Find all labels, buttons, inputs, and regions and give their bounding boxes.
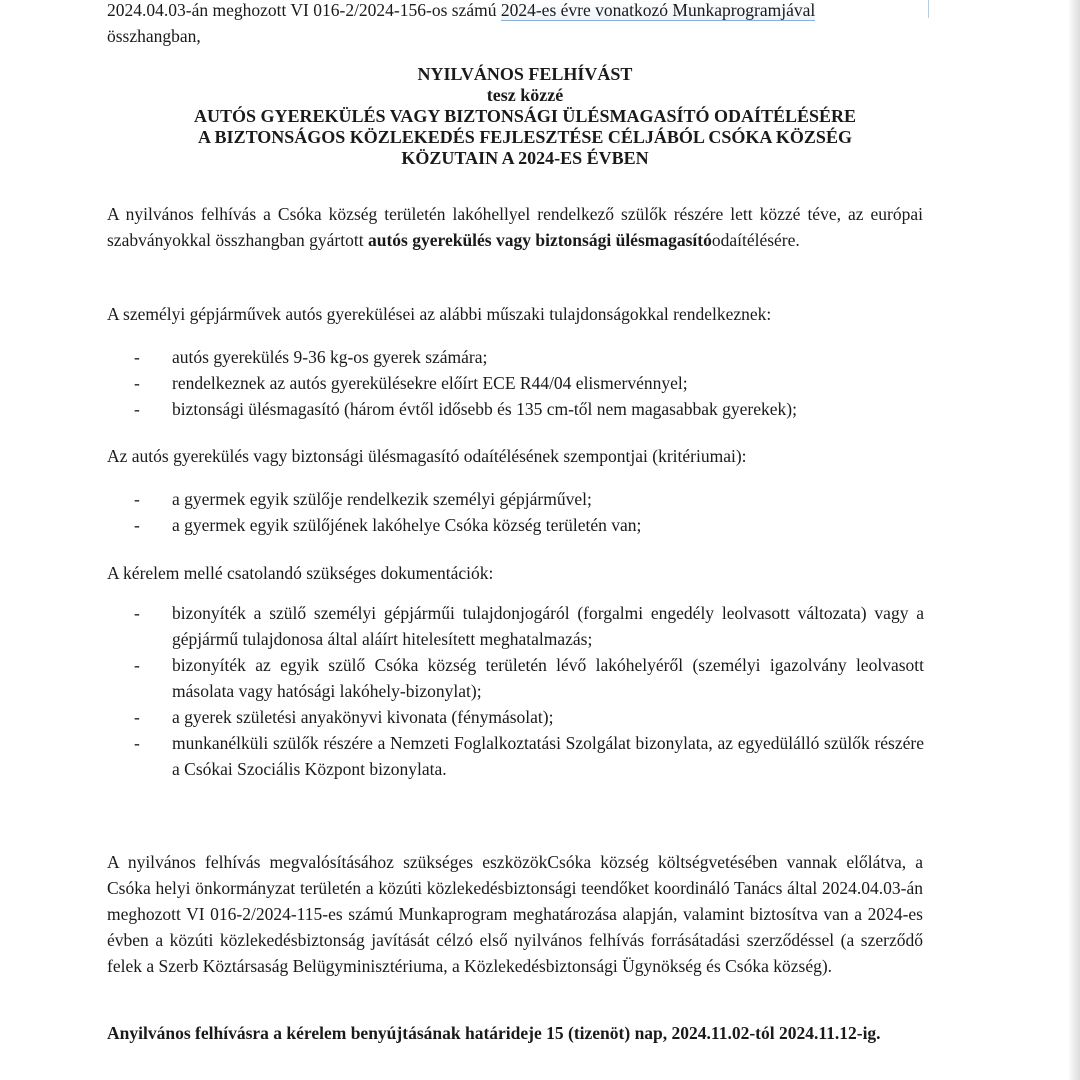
list-item-text: biztonsági ülésmagasító (három évtől idő… [172, 399, 797, 419]
list-item-text: autós gyerekülés 9-36 kg-os gyerek számá… [172, 347, 487, 367]
list-bullet: - [134, 512, 140, 538]
deadline-paragraph: Anyilvános felhívásra a kérelem benyújtá… [107, 1020, 923, 1046]
criteria-heading: Az autós gyerekülés vagy biztonsági ülés… [107, 443, 923, 469]
list-item-text: a gyermek egyik szülője rendelkezik szem… [172, 489, 592, 509]
documents-list: -bizonyíték a szülő személyi gépjárműi t… [134, 600, 924, 782]
technical-list: -autós gyerekülés 9-36 kg-os gyerek szám… [134, 344, 924, 422]
page-edge-shadow [1068, 0, 1080, 1080]
list-item: -autós gyerekülés 9-36 kg-os gyerek szám… [134, 344, 924, 370]
list-bullet: - [134, 370, 140, 396]
title-line-3: AUTÓS GYEREKÜLÉS VAGY BIZTONSÁGI ÜLÉSMAG… [107, 106, 943, 127]
documents-heading: A kérelem mellé csatolandó szükséges dok… [107, 560, 923, 586]
list-item: -bizonyíték a szülő személyi gépjárműi t… [134, 600, 924, 652]
list-bullet: - [134, 704, 140, 730]
title-line-4: A BIZTONSÁGOS KÖZLEKEDÉS FEJLESZTÉSE CÉL… [107, 127, 943, 148]
list-item: -a gyerek születési anyakönyvi kivonata … [134, 704, 924, 730]
selection-handle [928, 0, 932, 18]
list-item: -a gyermek egyik szülőjének lakóhelye Cs… [134, 512, 924, 538]
intro-paragraph: A nyilvános felhívás a Csóka község terü… [107, 201, 923, 253]
list-item: -munkanélküli szülők részére a Nemzeti F… [134, 730, 924, 782]
list-item: -biztonsági ülésmagasító (három évtől id… [134, 396, 924, 422]
intro-text: 2024.04.03-án meghozott VI 016-2/2024-15… [107, 0, 937, 49]
list-item-text: a gyerek születési anyakönyvi kivonata (… [172, 707, 553, 727]
criteria-list: -a gyermek egyik szülője rendelkezik sze… [134, 486, 924, 538]
list-bullet: - [134, 344, 140, 370]
technical-heading: A személyi gépjárművek autós gyerekülése… [107, 301, 923, 327]
list-item-text: bizonyíték a szülő személyi gépjárműi tu… [172, 603, 924, 649]
list-item-text: rendelkeznek az autós gyerekülésekre elő… [172, 373, 688, 393]
paragraph-bold-text: autós gyerekülés vagy biztonsági ülésmag… [368, 230, 712, 250]
list-item: -rendelkeznek az autós gyerekülésekre el… [134, 370, 924, 396]
list-bullet: - [134, 730, 140, 756]
highlighted-selection: 2024-es évre vonatkozó Munkaprogramjával [501, 0, 815, 21]
document-title: NYILVÁNOS FELHÍVÁST tesz közzé AUTÓS GYE… [107, 64, 943, 169]
list-bullet: - [134, 652, 140, 678]
funding-paragraph: A nyilvános felhívás megvalósításához sz… [107, 849, 923, 979]
list-bullet: - [134, 396, 140, 422]
list-item-text: a gyermek egyik szülőjének lakóhelye Csó… [172, 515, 641, 535]
list-bullet: - [134, 600, 140, 626]
list-item-text: bizonyíték az egyik szülő Csóka község t… [172, 655, 924, 701]
title-line-2: tesz közzé [107, 85, 943, 106]
list-item-text: munkanélküli szülők részére a Nemzeti Fo… [172, 733, 924, 779]
list-item: -a gyermek egyik szülője rendelkezik sze… [134, 486, 924, 512]
title-line-5: KÖZUTAIN A 2024-ES ÉVBEN [107, 148, 943, 169]
paragraph-text-end: odaítélésére. [712, 230, 800, 250]
title-line-1: NYILVÁNOS FELHÍVÁST [107, 64, 943, 85]
list-bullet: - [134, 486, 140, 512]
intro-continuation: összhangban, [107, 26, 201, 46]
intro-line: 2024.04.03-án meghozott VI 016-2/2024-15… [107, 0, 501, 20]
scanned-document-page: 2024.04.03-án meghozott VI 016-2/2024-15… [0, 0, 1080, 1080]
list-item: -bizonyíték az egyik szülő Csóka község … [134, 652, 924, 704]
